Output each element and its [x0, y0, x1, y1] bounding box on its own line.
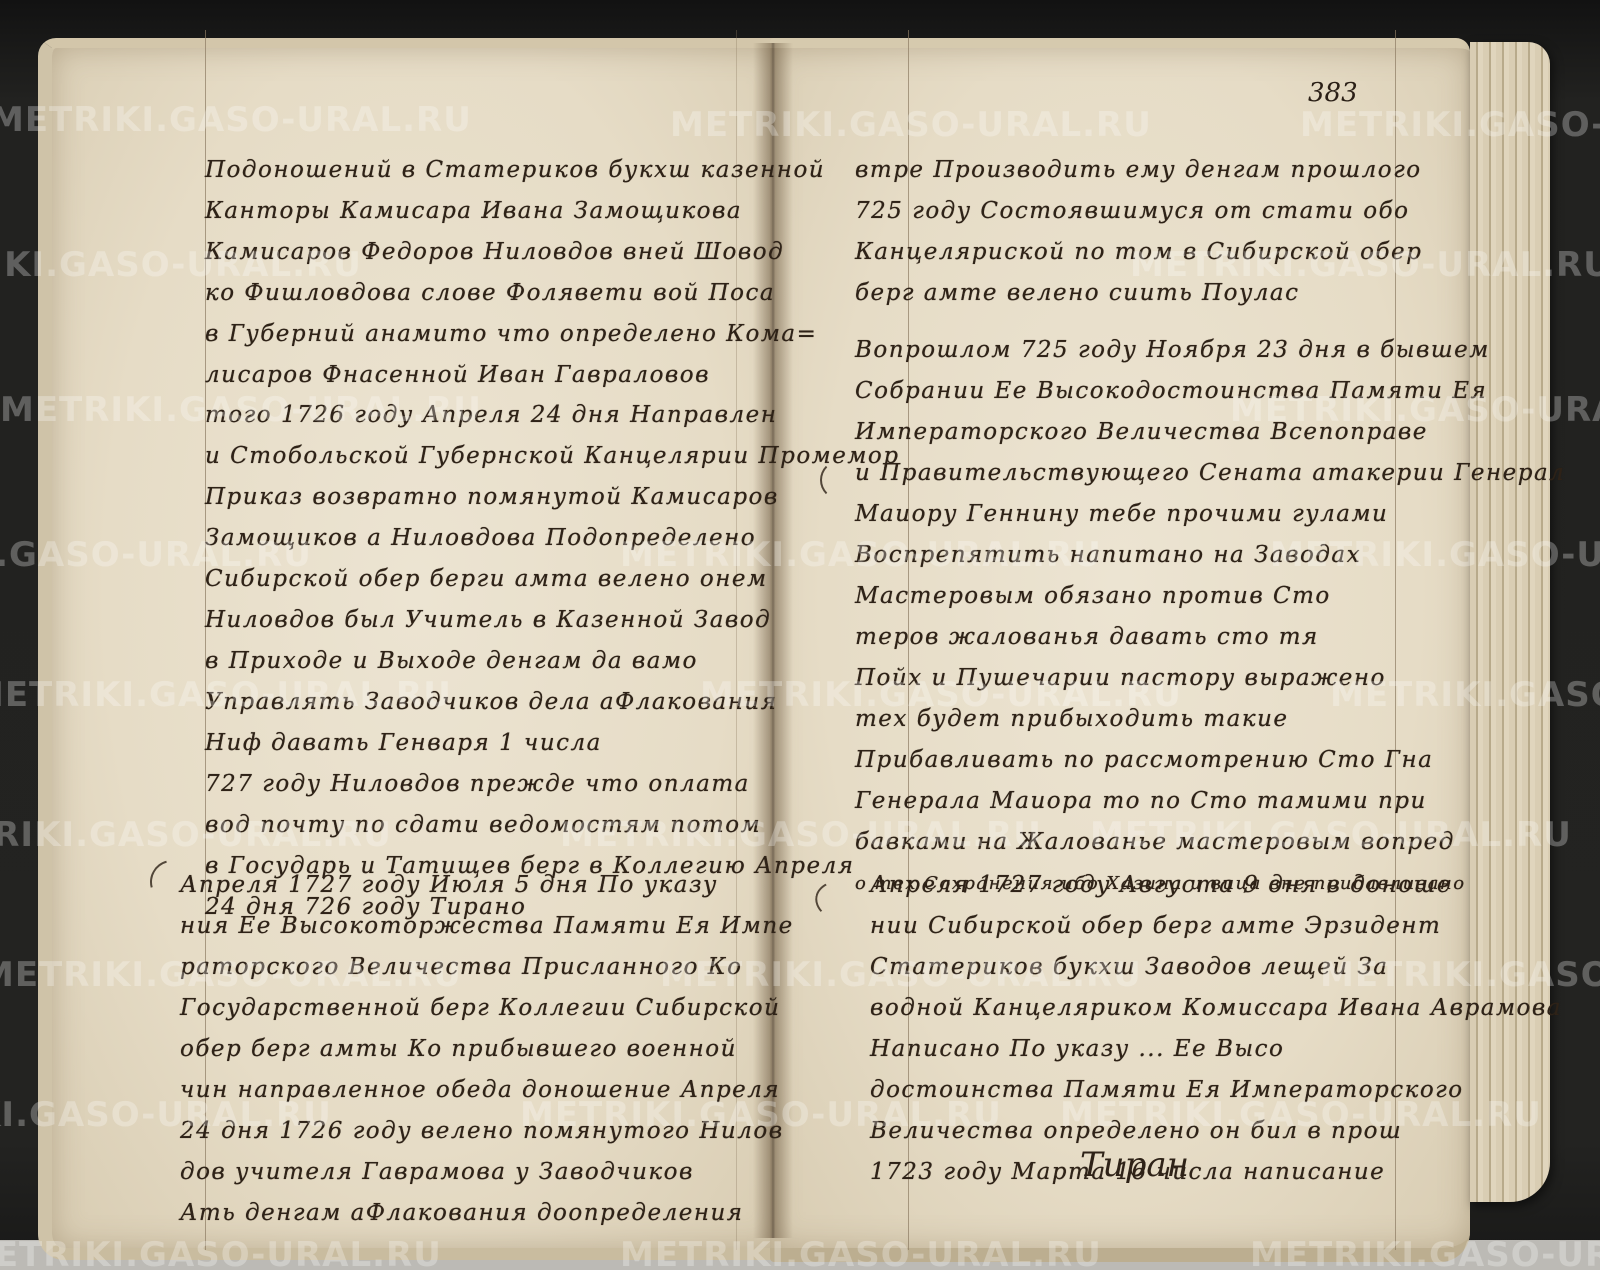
manuscript-line: Собрании Ее Высокодостоинства Памяти Ея	[855, 371, 1565, 412]
manuscript-line: Пойх и Пушечарии пастору выражено	[855, 658, 1565, 699]
manuscript-line: 725 году Состоявшимуся от стати обо	[855, 191, 1422, 232]
manuscript-line: Канцеляриской по том в Сибирской обер	[855, 232, 1422, 273]
manuscript-line: Сибирской обер берги амта велено онем	[205, 559, 900, 600]
manuscript-line: лисаров Фнасенной Иван Гавраловов	[205, 355, 825, 396]
flourish-decoration	[820, 460, 860, 500]
manuscript-line: Апреля 1727 году Августа 9 дня в доноше	[870, 865, 1562, 906]
manuscript-line: 1723 году Марта 16 числа написание	[870, 1152, 1562, 1193]
right-entry-1: втре Производить ему денгам прошлого 725…	[855, 150, 1422, 314]
manuscript-line: Ниловдов был Учитель в Казенной Завод	[205, 600, 900, 641]
manuscript-line: Мастеровым обязано против Сто	[855, 576, 1565, 617]
manuscript-line: и Стобольской Губернской Канцелярии Пром…	[205, 436, 900, 477]
manuscript-line: Канторы Камисара Ивана Замощикова	[205, 191, 825, 232]
manuscript-line: того 1726 году Апреля 24 дня Направлен	[205, 395, 900, 436]
manuscript-line: Государственной берг Коллегии Сибирской	[180, 988, 794, 1029]
manuscript-line: Написано По указу ... Ее Высо	[870, 1029, 1562, 1070]
manuscript-line: достоинства Памяти Ея Императорского	[870, 1070, 1562, 1111]
manuscript-line: Приказ возвратно помянутой Камисаров	[205, 477, 900, 518]
manuscript-line: Вопрошлом 725 году Ноября 23 дня в бывше…	[855, 330, 1565, 371]
page-number: 383	[1308, 78, 1358, 108]
manuscript-line: тех будет прибыходить такие	[855, 699, 1565, 740]
manuscript-line: Управлять Заводчиков дела аФлакования	[205, 682, 900, 723]
manuscript-line: ния Ее Высокоторжества Памяти Ея Импе	[180, 906, 794, 947]
manuscript-line: обер берг амты Ко прибывшего военной	[180, 1029, 794, 1070]
manuscript-line: вод почту по сдати ведомостям потом	[205, 805, 900, 846]
left-entry-1: Подоношений в Статериков букхш казенной …	[205, 150, 825, 396]
manuscript-line: Ать денгам аФлакования доопределения	[180, 1193, 794, 1234]
manuscript-line: ко Фишловдова слове Фолявети вой Поса	[205, 273, 825, 314]
manuscript-line: водной Канцеляриком Комиссара Ивана Авра…	[870, 988, 1562, 1029]
manuscript-line: Воспрепятить напитано на Заводах	[855, 535, 1565, 576]
left-entry-2: того 1726 году Апреля 24 дня Направлен и…	[205, 395, 900, 928]
manuscript-line: Замощиков а Ниловдова Подопределено	[205, 518, 900, 559]
manuscript-line: чин направленное обеда доношение Апреля	[180, 1070, 794, 1111]
manuscript-line: берг амте велено сиить Поулас	[855, 273, 1422, 314]
manuscript-line: раторского Величества Присланного Ко	[180, 947, 794, 988]
manuscript-line: нии Сибирской обер берг амте Эрзидент	[870, 906, 1562, 947]
manuscript-line: Подоношений в Статериков букхш казенной	[205, 150, 825, 191]
signature: Тиран	[1080, 1145, 1189, 1185]
manuscript-line: 727 году Ниловдов прежде что оплата	[205, 764, 900, 805]
right-entry-2: Вопрошлом 725 году Ноября 23 дня в бывше…	[855, 330, 1565, 904]
manuscript-line: Генерала Маиора то по Сто тамими при	[855, 781, 1565, 822]
manuscript-line: Статериков букхш Заводов лещей За	[870, 947, 1562, 988]
manuscript-line: Императорского Величества Всепоправе	[855, 412, 1565, 453]
left-entry-3: Апреля 1727 году Июля 5 дня По указу ния…	[180, 865, 794, 1234]
manuscript-line: 24 дня 1726 году велено помянутого Нилов	[180, 1111, 794, 1152]
manuscript-line: в Приходе и Выходе денгам да вамо	[205, 641, 900, 682]
manuscript-line: теров жалованья давать сто тя	[855, 617, 1565, 658]
manuscript-line: в Губерний анамито что определено Кома=	[205, 314, 825, 355]
manuscript-line: дов учителя Гаврамова у Заводчиков	[180, 1152, 794, 1193]
right-entry-3: Апреля 1727 году Августа 9 дня в доноше …	[870, 865, 1562, 1193]
manuscript-line: Ниф давать Генваря 1 числа	[205, 723, 900, 764]
manuscript-line: Камисаров Федоров Ниловдов вней Шовод	[205, 232, 825, 273]
manuscript-line: Апреля 1727 году Июля 5 дня По указу	[180, 865, 794, 906]
manuscript-line: Величества определено он бил в прош	[870, 1111, 1562, 1152]
manuscript-line: и Правительствующего Сената атакерии Ген…	[855, 453, 1565, 494]
manuscript-line: втре Производить ему денгам прошлого	[855, 150, 1422, 191]
manuscript-line: Маиору Геннину тебе прочими гулами	[855, 494, 1565, 535]
manuscript-line: бавками на Жалованье мастеровым вопред	[855, 822, 1565, 863]
manuscript-line: Прибавливать по рассмотрению Сто Гна	[855, 740, 1565, 781]
